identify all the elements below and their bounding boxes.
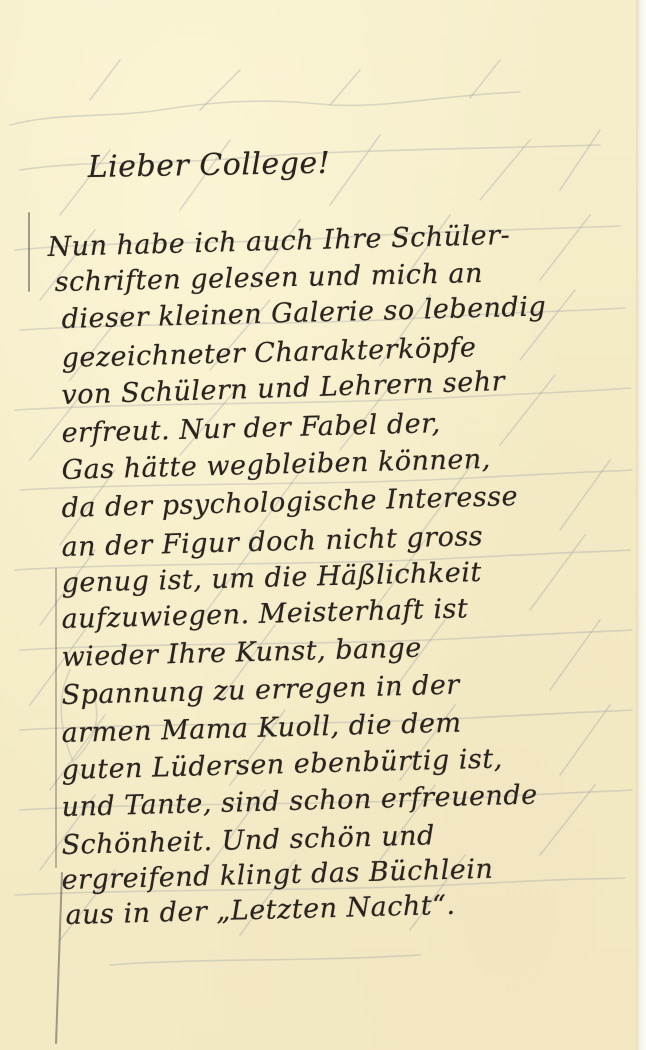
pencil-margin-line-middle (55, 568, 57, 868)
salutation: Lieber College! (87, 146, 330, 185)
pencil-margin-line-top (28, 212, 30, 292)
letter-page: Lieber College! Nun habe ich auch Ihre S… (0, 0, 638, 1050)
page-edge (636, 0, 646, 1050)
